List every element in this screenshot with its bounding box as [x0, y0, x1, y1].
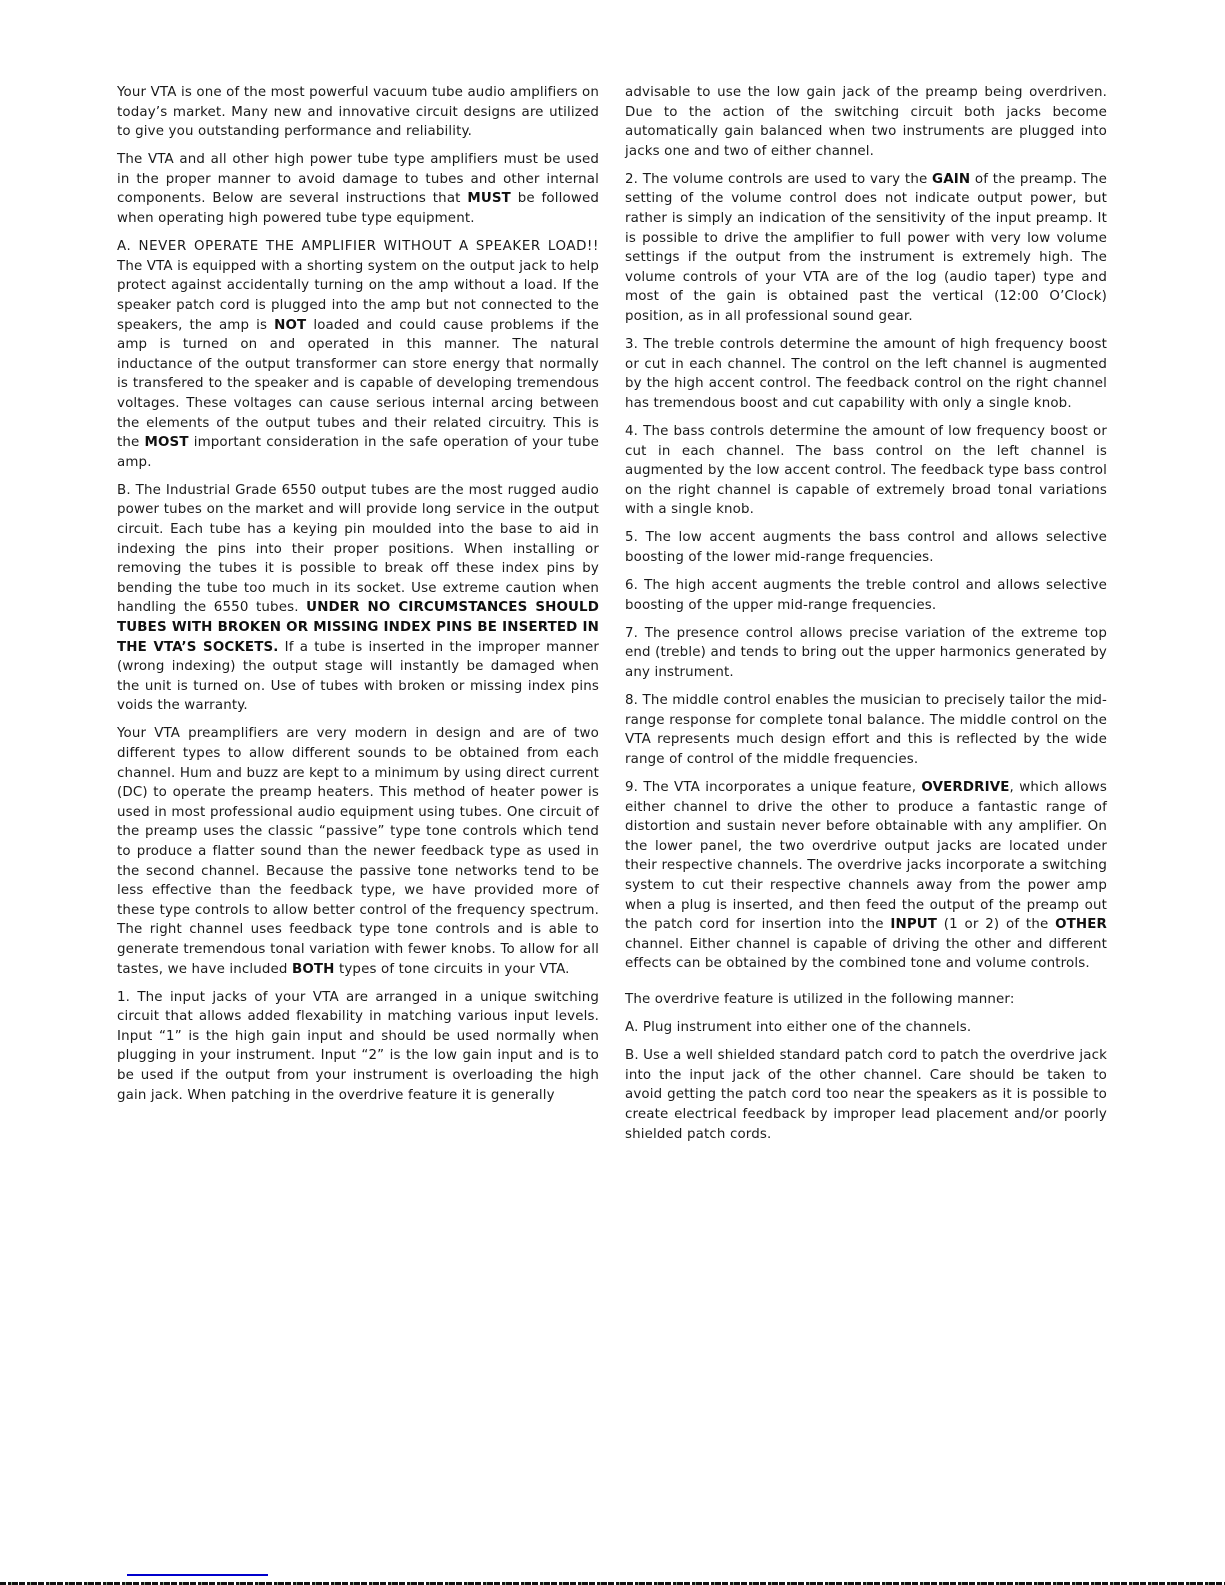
paragraph-warnB: B. The Industrial Grade 6550 output tube…: [117, 481, 599, 716]
emphasis-text: OVERDRIVE: [921, 780, 1009, 795]
emphasis-text: INPUT: [890, 917, 937, 932]
body-text: , which allows either channel to drive t…: [625, 780, 1107, 932]
paragraph-item3: 3. The treble controls determine the amo…: [625, 335, 1107, 413]
body-text: 3. The treble controls determine the amo…: [625, 337, 1107, 411]
paragraph-item1cont: advisable to use the low gain jack of th…: [625, 83, 1107, 161]
paragraph-intro1: Your VTA is one of the most powerful vac…: [117, 83, 599, 142]
paragraph-item1: 1. The input jacks of your VTA are arran…: [117, 988, 599, 1106]
paragraph-item5: 5. The low accent augments the bass cont…: [625, 528, 1107, 567]
emphasis-text: NOT: [274, 318, 306, 333]
emphasis-text: MUST: [467, 191, 511, 206]
paragraph-item2: 2. The volume controls are used to vary …: [625, 170, 1107, 327]
left-column: Your VTA is one of the most powerful vac…: [117, 83, 599, 1114]
paragraph-odB: B. Use a well shielded standard patch co…: [625, 1046, 1107, 1144]
body-text: 5. The low accent augments the bass cont…: [625, 530, 1107, 565]
body-text: 8. The middle control enables the musici…: [625, 693, 1107, 767]
body-text: 1. The input jacks of your VTA are arran…: [117, 990, 599, 1103]
body-text: advisable to use the low gain jack of th…: [625, 85, 1107, 159]
paragraph-item4: 4. The bass controls determine the amoun…: [625, 422, 1107, 520]
body-text: channel. Either channel is capable of dr…: [625, 937, 1107, 972]
body-text: of the preamp. The setting of the volume…: [625, 172, 1107, 324]
body-text: 4. The bass controls determine the amoun…: [625, 424, 1107, 517]
body-text: loaded and could cause problems if the a…: [117, 318, 599, 451]
body-text: B. Use a well shielded standard patch co…: [625, 1048, 1107, 1141]
right-column: advisable to use the low gain jack of th…: [625, 83, 1107, 1153]
body-text: A. NEVER OPERATE THE AMPLIFIER WITHOUT A…: [117, 239, 599, 254]
body-text: 7. The presence control allows precise v…: [625, 626, 1107, 680]
paragraph-warnA: A. NEVER OPERATE THE AMPLIFIER WITHOUT A…: [117, 237, 599, 472]
body-text: types of tone circuits in your VTA.: [335, 962, 570, 977]
body-text: The overdrive feature is utilized in the…: [625, 992, 1015, 1007]
paragraph-item9: 9. The VTA incorporates a unique feature…: [625, 778, 1107, 974]
body-text: 6. The high accent augments the treble c…: [625, 578, 1107, 613]
paragraph-preamp: Your VTA preamplifiers are very modern i…: [117, 724, 599, 979]
body-text: Your VTA is one of the most powerful vac…: [117, 85, 599, 139]
paragraph-item7: 7. The presence control allows precise v…: [625, 624, 1107, 683]
paragraph-odA: A. Plug instrument into either one of th…: [625, 1018, 1107, 1038]
emphasis-text: GAIN: [932, 172, 970, 187]
emphasis-text: MOST: [145, 435, 189, 450]
emphasis-text: OTHER: [1055, 917, 1107, 932]
paragraph-item6: 6. The high accent augments the treble c…: [625, 576, 1107, 615]
paragraph-odIntro: The overdrive feature is utilized in the…: [625, 990, 1107, 1010]
body-text: 2. The volume controls are used to vary …: [625, 172, 932, 187]
paragraph-intro2: The VTA and all other high power tube ty…: [117, 150, 599, 228]
body-text: (1 or 2) of the: [937, 917, 1055, 932]
paragraph-item8: 8. The middle control enables the musici…: [625, 691, 1107, 769]
body-text: B. The Industrial Grade 6550 output tube…: [117, 483, 599, 616]
body-text: 9. The VTA incorporates a unique feature…: [625, 780, 921, 795]
link-underline[interactable]: [127, 1574, 268, 1576]
emphasis-text: BOTH: [292, 962, 335, 977]
body-text: A. Plug instrument into either one of th…: [625, 1020, 971, 1035]
body-text: Your VTA preamplifiers are very modern i…: [117, 726, 599, 976]
body-text: important consideration in the safe oper…: [117, 435, 599, 470]
